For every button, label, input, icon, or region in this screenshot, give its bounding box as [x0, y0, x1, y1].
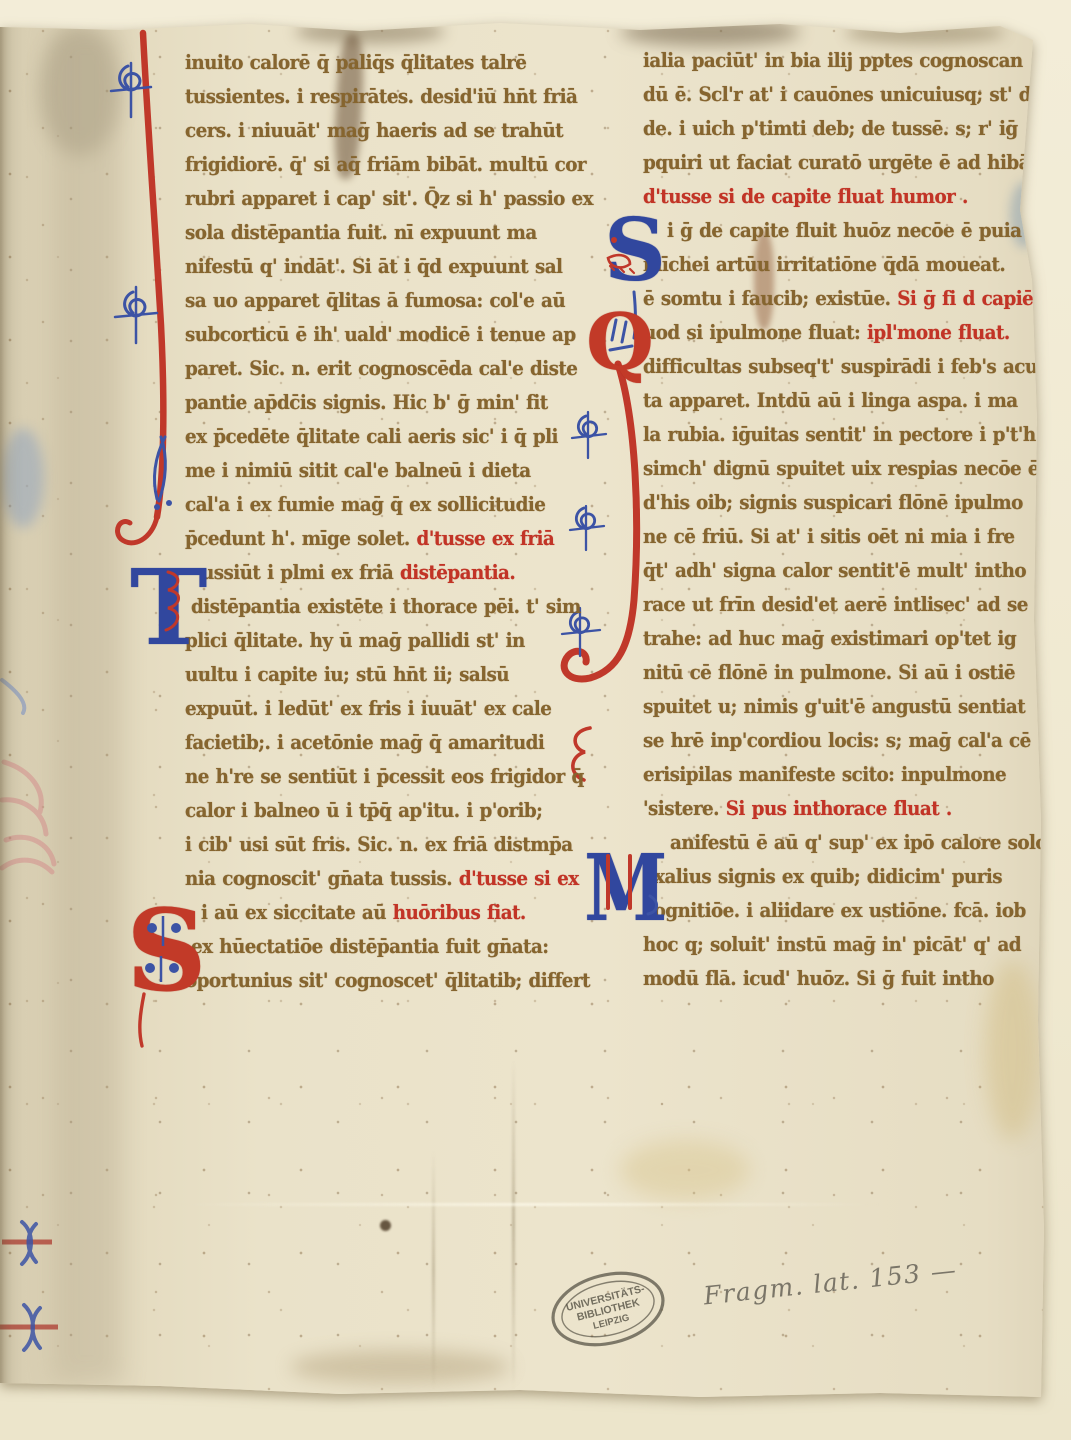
initial-letter-S-right: S [604, 208, 666, 294]
initial-letter-Q: Q [586, 304, 654, 382]
stain-edge-blue [1010, 182, 1038, 248]
manuscript-text-line: ex hūectatiōe distēp̄antia fuit gn̄ata: [191, 930, 554, 964]
body-text: subcorticū ē ih' uald' modicē i tenue ap [185, 323, 576, 346]
manuscript-text-line: ex p̄cedēte q̄litate cali aeris sic' i q… [185, 420, 553, 454]
manuscript-text-line: sola distēpantia fuit. nī expuunt ma [185, 216, 553, 250]
body-text: paret. Sic. n. erit cognoscēda cal'e dis… [185, 357, 577, 380]
stain-bottom-grime [290, 1350, 510, 1384]
manuscript-text-line: ē somtu i faucib; existūe. Si ḡ fi d cap… [643, 282, 1014, 316]
manuscript-text-line: calor i balneo ū i tp̄q̄ ap'itu. i p'ori… [185, 794, 553, 828]
manuscript-text-line: d'his oib; signis suspicari flōnē ipulmo [643, 486, 1014, 520]
body-text: cal'a i ex fumie maḡ q̄ ex sollicitudie [185, 493, 545, 516]
body-text: i cib' usi sūt fris. Sic. n. ex friā dis… [185, 833, 573, 856]
crease-vertical-1 [512, 1060, 515, 1390]
body-text: ta apparet. Intdū aū i linga aspa. i ma [643, 389, 1018, 412]
manuscript-text-line: i cib' usi sūt fris. Sic. n. ex friā dis… [185, 828, 553, 862]
text-column-right: ialia paciūt' in bia ilij pptes cognosca… [643, 44, 1038, 996]
manuscript-text-line: la rubia. iḡuitas sentit' in pectore i p… [643, 418, 1014, 452]
body-text: difficultas subseq't' suspirādi i feb's … [643, 355, 1038, 378]
manuscript-text-line: i aū ex siccitate aū huōribus fiat. [201, 896, 554, 930]
manuscript-text-line: pantie ap̄dc̄is signis. Hic b' ḡ min' fi… [185, 386, 553, 420]
stain-yellow-bottom [620, 1140, 750, 1200]
penwork-fleur-ornament-2 [0, 1300, 64, 1354]
manuscript-text-line: anifestū ē aū q' sup' ex ipō calore solo… [670, 826, 1016, 860]
manuscript-text-line: frigidiorē. q̄' si aq̄ friām bibāt. mult… [185, 148, 553, 182]
body-text: sola distēpantia fuit. nī expuunt ma [185, 221, 537, 244]
body-text: dū ē. Scl'r at' i cauōnes unicuiusq; st'… [643, 83, 1071, 106]
manuscript-text-line: sa uo apparet q̄litas ā fumosa: col'e aū [185, 284, 553, 318]
initial-letter-S-left: S [126, 896, 207, 1008]
stain-brown-drip [754, 230, 774, 330]
stain-ink-smear [332, 33, 366, 179]
manuscript-text-line: oportunius sit' cognoscet' q̄litatib; di… [185, 964, 553, 998]
parchment-surface: inuito calorē q̄ paliq̄s q̄litates talrē… [0, 0, 1071, 1440]
body-text: nitū cē flōnē in pulmone. Si aū i ostiē [643, 661, 1015, 684]
text-column-left: inuito calorē q̄ paliq̄s q̄litates talrē… [185, 46, 577, 998]
initial-T-filigree [158, 566, 208, 646]
rubric-text: d'tusse si ex [459, 867, 579, 890]
manuscript-text-line: tussientes. i respirātes. desid'iū hn̄t … [185, 80, 553, 114]
manuscript-text-line: inuito calorē q̄ paliq̄s q̄litates talrē [185, 46, 553, 80]
stain-top-grime-1 [295, 20, 445, 44]
body-text: frigidiorē. q̄' si aq̄ friām bibāt. mult… [185, 153, 586, 176]
body-text: ex p̄cedēte q̄litate cali aeris sic' i q… [185, 425, 558, 448]
manuscript-text-line: ialia paciūt' in bia ilij pptes cognosca… [643, 44, 1014, 78]
body-text: simch' dignū spuitet uix respias necōe ē [643, 457, 1039, 480]
initial-S-left-detail [130, 902, 200, 1052]
body-text: cers. i niuuāt' maḡ haeris ad se trahūt [185, 119, 563, 142]
body-text: de. i uich p'timti deb; de tussē. s; r' … [643, 117, 1018, 140]
rubric-text: d'tusse si de capite fluat humor . [643, 185, 968, 208]
manuscript-text-line: trahe: ad huc maḡ existimari op'tet ig [643, 622, 1014, 656]
body-text: ex hūectatiōe distēp̄antia fuit gn̄ata: [191, 935, 548, 958]
manuscript-text-line: cers. i niuuāt' maḡ haeris ad se trahūt [185, 114, 553, 148]
manuscript-text-line: cognitiōe. i aliidare ex ustiōne. fcā. i… [643, 894, 1014, 928]
stain-corner-grey [40, 26, 120, 156]
body-text: i ḡ de capite fluit huōz necōe ē puia [667, 219, 1021, 242]
stamp-line-3: LEIPZIG [592, 1312, 631, 1332]
manuscript-text-line: uultu i capite iu; stū hn̄t ii; salsū [185, 658, 553, 692]
body-text: facietib;. i acetōnie maḡ q̄ amaritudi [185, 731, 544, 754]
manuscript-text-line: hoc q; soluit' instū maḡ in' picāt' q' a… [643, 928, 1014, 962]
body-text: inuito calorē q̄ paliq̄s q̄litates talrē [185, 51, 526, 74]
manuscript-text-line: modū flā. icud' huōz. Si ḡ fuit intho [643, 962, 1014, 996]
rubric-text: Si pus inthorace fluat . [726, 797, 952, 820]
manuscript-text-line: erisipilas manifeste scito: inpulmone [643, 758, 1014, 792]
body-text: nifestū q' indāt'. Si āt i q̄d expuunt s… [185, 255, 562, 278]
manuscript-text-line: me i nimiū sitit cal'e balneū i dieta [185, 454, 553, 488]
rubric-text: distēpantia. [400, 561, 515, 584]
body-text: uod si ipulmone fluat: [643, 321, 867, 344]
manuscript-text-line: i ḡ de capite fluit huōz necōe ē puia [667, 214, 1016, 248]
manuscript-text-line: de. i uich p'timti deb; de tussē. s; r' … [643, 112, 1014, 146]
body-text: la rubia. iḡuitas sentit' in pectore i p… [643, 423, 1041, 446]
manuscript-text-line: mīchei artūu irritatiōne q̄dā moueat. [643, 248, 1014, 282]
stamp-line-1: UNIVERSITÄTS- [565, 1282, 647, 1314]
rubric-text: Si ḡ fi d capiē [897, 287, 1033, 310]
manuscript-text-line: distēpantia existēte i thorace pēi. t' s… [191, 590, 554, 624]
rubric-text: huōribus fiat. [393, 901, 526, 924]
library-stamp: UNIVERSITÄTS- BIBLIOTHEK LEIPZIG [540, 1257, 675, 1362]
body-text: rubri apparet i cap' sit'. Q̄z si h' pas… [185, 187, 593, 210]
body-text: uultu i capite iu; stū hn̄t ii; salsū [185, 663, 509, 686]
manuscript-text-line: q̄t' adh' signa calor sentit'ē mult' int… [643, 554, 1014, 588]
rubric-text: ipl'mone fluat. [867, 321, 1010, 344]
manuscript-text-line: rubri apparet i cap' sit'. Q̄z si h' pas… [185, 182, 553, 216]
body-text: plici q̄litate. hy ū maḡ pallidi st' in [185, 629, 525, 652]
body-text: distēpantia existēte i thorace pēi. t' s… [191, 595, 581, 618]
manuscript-text-line: nitū cē flōnē in pulmone. Si aū i ostiē [643, 656, 1014, 690]
initial-letter-T: T [130, 556, 207, 660]
body-text: ē somtu i faucib; existūe. [643, 287, 897, 310]
rubric-text: d'tusse ex friā [417, 527, 555, 550]
body-text: sa uo apparet q̄litas ā fumosa: col'e aū [185, 289, 565, 312]
manuscript-text-line: ussiūt i plmi ex friā distēpantia. [201, 556, 554, 590]
manuscript-text-line: facietib;. i acetōnie maḡ q̄ amaritudi [185, 726, 553, 760]
body-text: spuitet u; nimis g'uit'ē angustū sentiat [643, 695, 1025, 718]
manuscript-text-line: ta apparet. Intdū aū i linga aspa. i ma [643, 384, 1014, 418]
manuscript-text-line: difficultas subseq't' suspirādi i feb's … [643, 350, 1014, 384]
manuscript-text-line: exalius signis ex quib; didicim' puris [643, 860, 1014, 894]
body-text: cognitiōe. i aliidare ex ustiōne. fcā. i… [643, 899, 1026, 922]
body-text: q̄t' adh' signa calor sentit'ē mult' int… [643, 559, 1026, 582]
manuscript-text-line: spuitet u; nimis g'uit'ē angustū sentiat [643, 690, 1014, 724]
stain-gutter-shadow [52, 27, 122, 1383]
manuscript-text-line: expuūt. i ledūt' ex fris i iuuāt' ex cal… [185, 692, 553, 726]
manuscript-text-line: 'sistere. Si pus inthorace fluat . [643, 792, 1014, 826]
body-text: d'his oib; signis suspicari flōnē ipulmo [643, 491, 1023, 514]
manuscript-text-line: race ut frīn desid'et aerē intlisec' ad … [643, 588, 1014, 622]
manuscript-text-line: plici q̄litate. hy ū maḡ pallidi st' in [185, 624, 553, 658]
ghost-pink-floral [0, 748, 72, 878]
crease-horizontal [180, 1203, 880, 1206]
manuscript-text-line: p̄cedunt h'. mīge solet. d'tusse ex friā [185, 522, 553, 556]
body-text: i aū ex siccitate aū [201, 901, 393, 924]
margin-rule-ornament [95, 25, 190, 570]
body-text: 'sistere. [643, 797, 726, 820]
body-text: me i nimiū sitit cal'e balneū i dieta [185, 459, 531, 482]
body-text: tussientes. i respirātes. desid'iū hn̄t … [185, 85, 577, 108]
initial-Q-detail [602, 312, 642, 372]
body-text: calor i balneo ū i tp̄q̄ ap'itu. i p'ori… [185, 799, 542, 822]
stain-top-grime-3 [845, 22, 1005, 44]
manuscript-scan: inuito calorē q̄ paliq̄s q̄litates talrē… [0, 0, 1071, 1440]
manuscript-text-line: d'tusse si de capite fluat humor . [643, 180, 1014, 214]
crease-vertical-2 [432, 1150, 435, 1390]
pencil-shelfmark: Fragm. lat. 153 — [702, 1254, 964, 1311]
body-text: se hrē inp'cordiou locis: s; maḡ cal'a c… [643, 729, 1031, 752]
initial-letter-M: M [584, 842, 668, 934]
penwork-fleur-ornament-1 [0, 1218, 60, 1268]
body-text: erisipilas manifeste scito: inpulmone [643, 763, 1006, 786]
initial-M-detail [590, 850, 660, 920]
manuscript-text-line: uod si ipulmone fluat: ipl'mone fluat. [643, 316, 1014, 350]
stain-top-grime-2 [620, 18, 800, 46]
body-text: exalius signis ex quib; didicim' puris [643, 865, 1002, 888]
body-text: nia cognoscit' gn̄ata tussis. [185, 867, 459, 890]
ghost-blue-arc [0, 674, 34, 716]
manuscript-text-line: nia cognoscit' gn̄ata tussis. d'tusse si… [185, 862, 553, 896]
manuscript-text-line: dū ē. Scl'r at' i cauōnes unicuiusq; st'… [643, 78, 1014, 112]
manuscript-text-line: cal'a i ex fumie maḡ q̄ ex sollicitudie [185, 488, 553, 522]
body-text: hoc q; soluit' instū maḡ in' picāt' q' a… [643, 933, 1021, 956]
stamp-line-2: BIBLIOTHEK [576, 1296, 642, 1323]
manuscript-text-line: subcorticū ē ih' uald' modicē i tenue ap [185, 318, 553, 352]
manuscript-text-line: simch' dignū spuitet uix respias necōe ē [643, 452, 1014, 486]
body-text: oportunius sit' cognoscet' q̄litatib; di… [185, 969, 590, 992]
stain-yellow-right [985, 960, 1040, 1140]
manuscript-text-line: pquiri ut faciat curatō urgēte ē ad hibā… [643, 146, 1014, 180]
body-text: modū flā. icud' huōz. Si ḡ fuit intho [643, 967, 994, 990]
body-text: mīchei artūu irritatiōne q̄dā moueat. [643, 253, 1005, 276]
stain-dark-spot [380, 1220, 391, 1231]
parchment-leaf: inuito calorē q̄ paliq̄s q̄litates talrē… [0, 0, 1071, 1440]
ghost-blue-initial [2, 428, 44, 528]
body-text: race ut frīn desid'et aerē intlisec' ad … [643, 593, 1028, 616]
body-text: ialia paciūt' in bia ilij pptes cognosca… [643, 49, 1023, 72]
body-text: trahe: ad huc maḡ existimari op'tet ig [643, 627, 1016, 650]
body-text: ne cē friū. Si at' i sitis oēt ni mia i … [643, 525, 1015, 548]
body-text: expuūt. i ledūt' ex fris i iuuāt' ex cal… [185, 697, 551, 720]
manuscript-text-line: ne h're se sentiūt i p̄cessit eos frigid… [185, 760, 553, 794]
initial-S-right-filigree [600, 222, 670, 342]
manuscript-text-line: paret. Sic. n. erit cognoscēda cal'e dis… [185, 352, 553, 386]
body-text: p̄cedunt h'. mīge solet. [185, 527, 417, 550]
manuscript-text-line: se hrē inp'cordiou locis: s; maḡ cal'a c… [643, 724, 1014, 758]
body-text: pantie ap̄dc̄is signis. Hic b' ḡ min' fi… [185, 391, 548, 414]
body-text: pquiri ut faciat curatō urgēte ē ad hibā… [643, 151, 1043, 174]
manuscript-text-line: ne cē friū. Si at' i sitis oēt ni mia i … [643, 520, 1014, 554]
body-text: ne h're se sentiūt i p̄cessit eos frigid… [185, 765, 584, 788]
initial-q-tail-ornament [548, 300, 678, 700]
rubric-squiggle-ornament [558, 722, 598, 786]
body-text: ussiūt i plmi ex friā [201, 561, 400, 584]
manuscript-text-line: nifestū q' indāt'. Si āt i q̄d expuunt s… [185, 250, 553, 284]
body-text: anifestū ē aū q' sup' ex ipō calore solo… [670, 831, 1060, 854]
